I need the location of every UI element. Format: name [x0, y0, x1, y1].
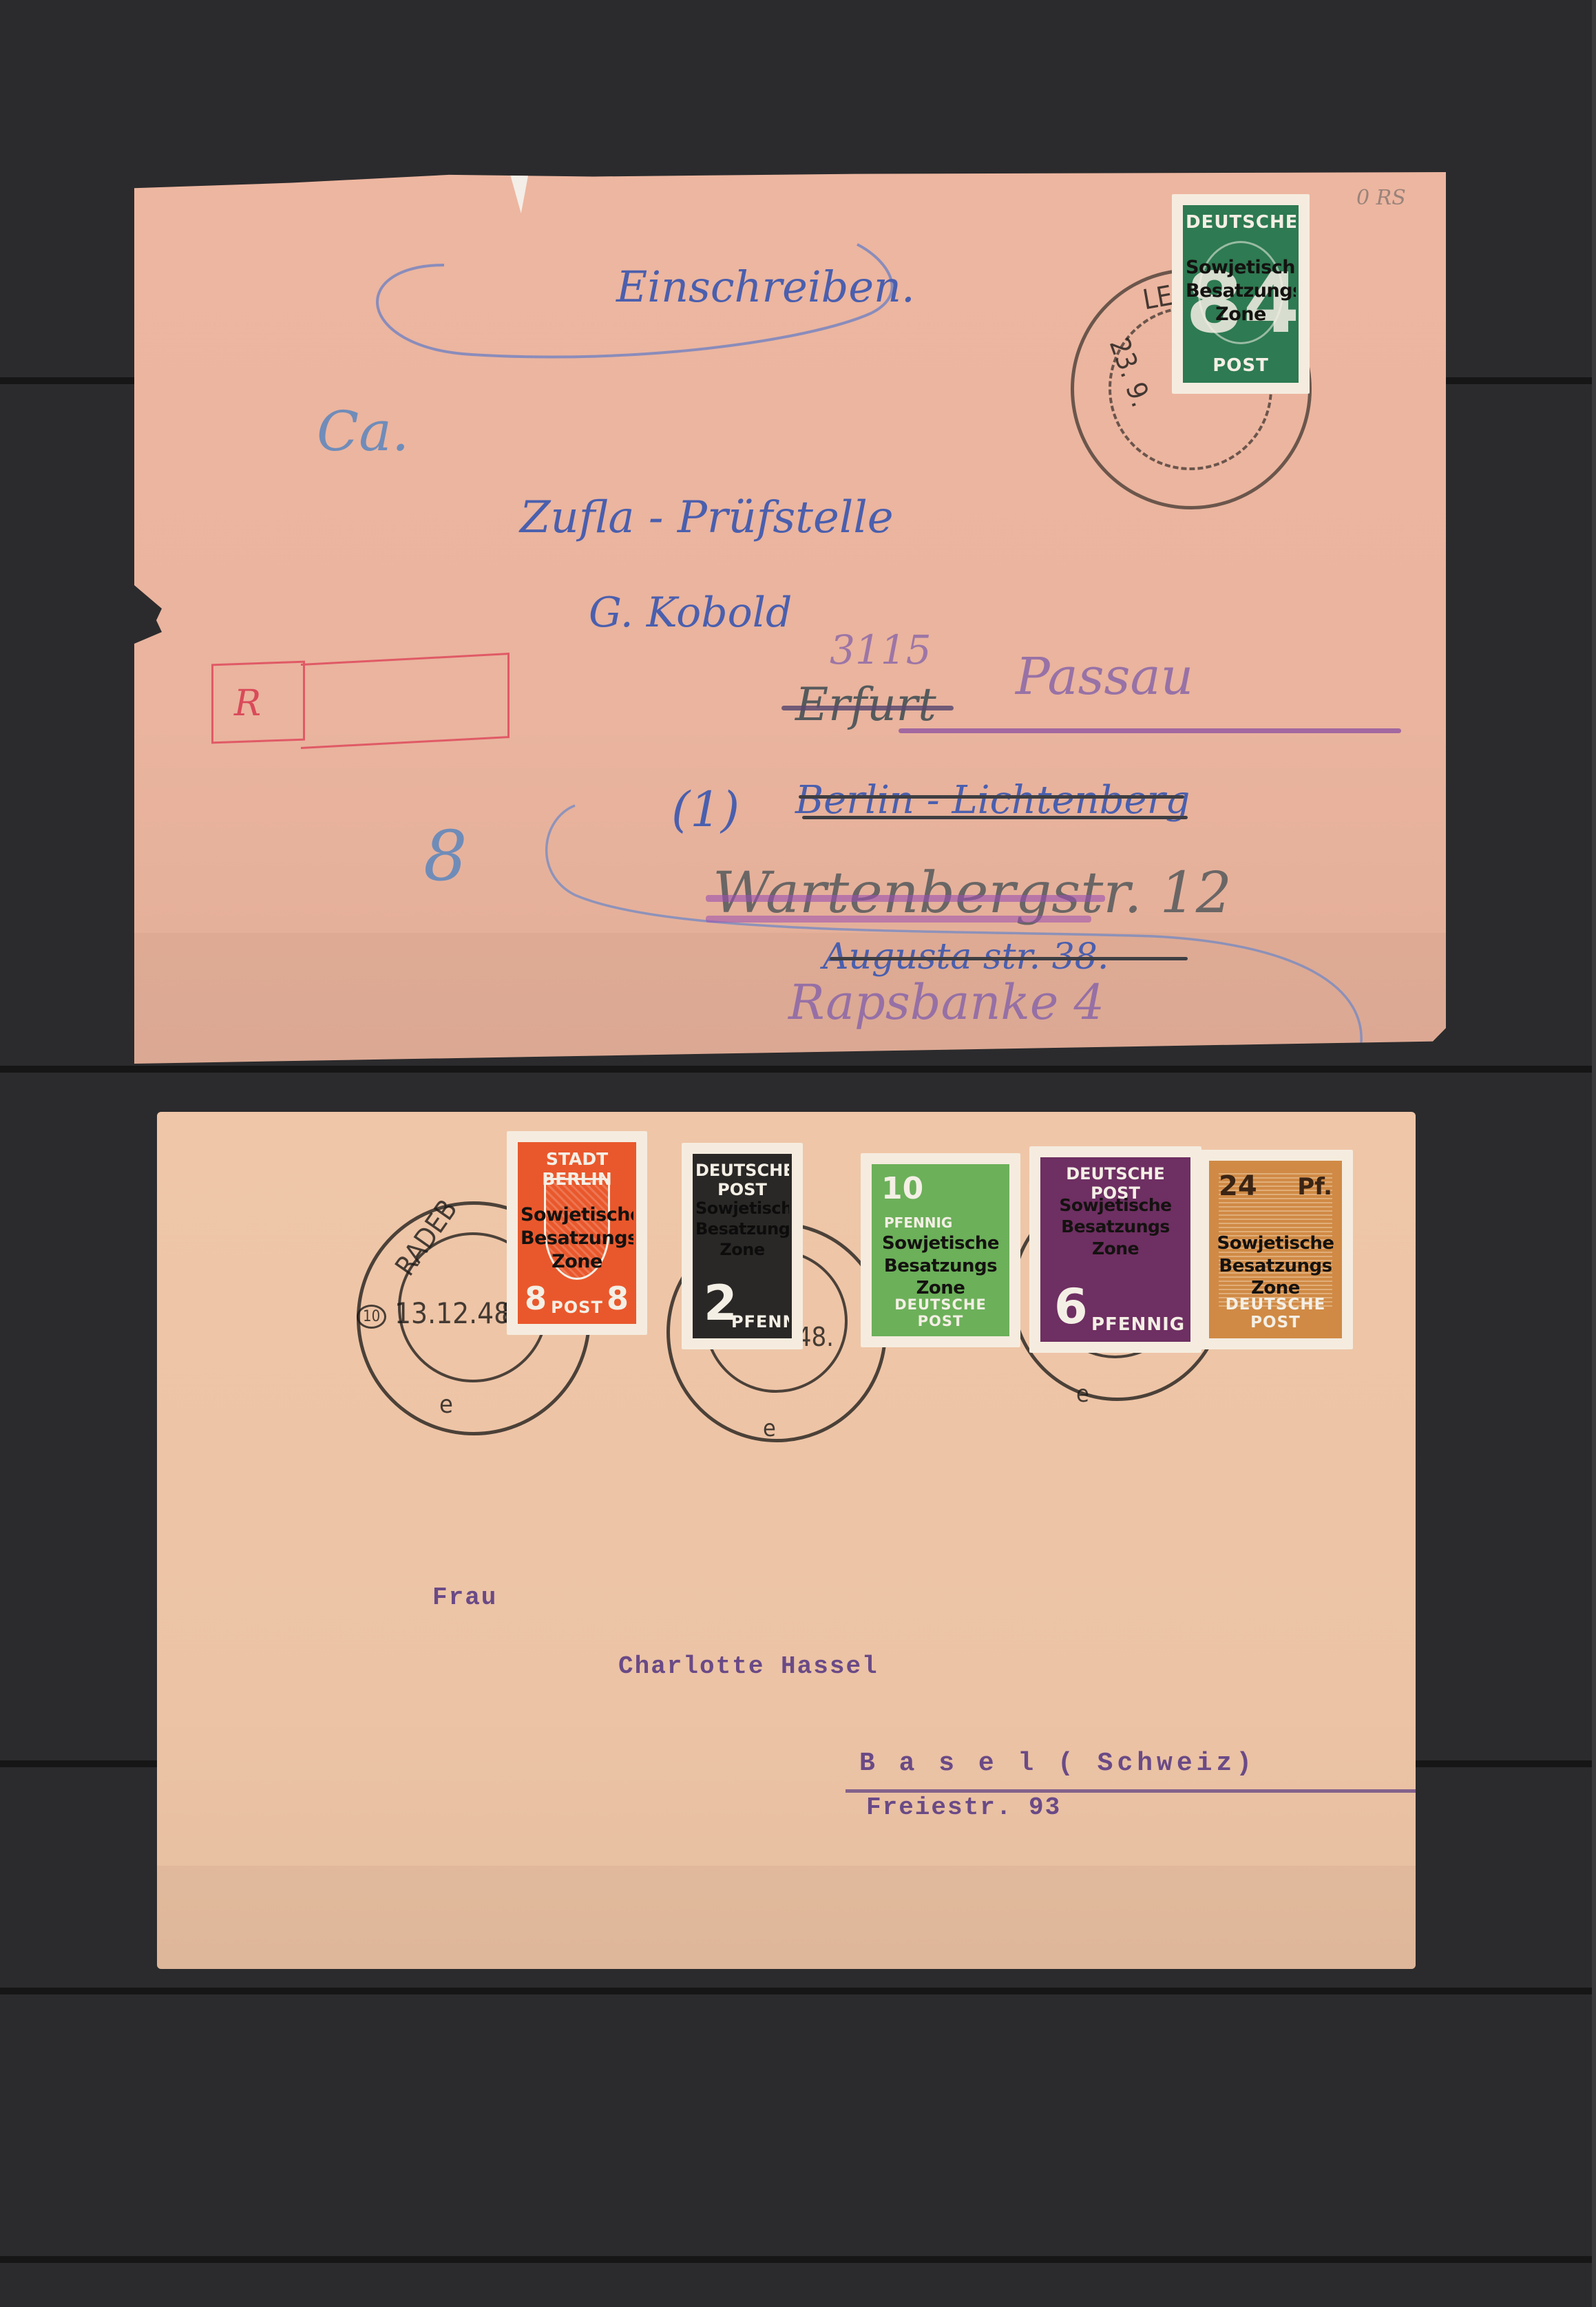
- stamp-value: 24: [1219, 1170, 1257, 1202]
- paper-tear: [134, 585, 162, 644]
- registration-box-label: R: [234, 683, 261, 724]
- address-underline: [846, 1789, 1416, 1793]
- stamp-overprint: Sowjetische Besatzungs Zone: [695, 1198, 789, 1260]
- paper-notch: [510, 172, 529, 213]
- stamp-overprint: Sowjetische Besatzungs Zone: [521, 1203, 633, 1273]
- reference-number: 3115: [830, 626, 932, 673]
- stamp-footer: DEUTSCHE POST: [874, 1296, 1007, 1329]
- stamp-overprint: Sowjetische Besatzungs Zone: [1043, 1194, 1188, 1259]
- handwritten-number-8: 8: [423, 816, 468, 896]
- stamp-footer: DEUTSCHE POST: [1212, 1296, 1339, 1331]
- stamp-header: DEUTSCHE POST: [695, 1157, 789, 1199]
- postmark-suffix: e: [763, 1415, 776, 1442]
- album-strip-line: [0, 1066, 1596, 1073]
- postmark-suffix: e: [1076, 1380, 1089, 1408]
- stamp-overprint: Sowjetische Besatzungs Zone: [874, 1232, 1007, 1300]
- address-city: B a s e l ( Schweiz): [859, 1749, 1256, 1778]
- album-strip-line: [0, 2256, 1596, 2263]
- street-new: Rapsbanke 4: [788, 974, 1104, 1031]
- stamp-10-pfennig: 10 PFENNIG Sowjetische Besatzungs Zone D…: [861, 1153, 1020, 1347]
- city-new: Passau: [1016, 647, 1193, 706]
- stamp-footer: PFENNIG: [1091, 1314, 1188, 1335]
- stamp-overprint: Sowjetische Besatzungs Zone: [1186, 256, 1296, 326]
- address-name: Charlotte Hassel: [618, 1652, 879, 1681]
- stamp-footer: POST: [1186, 355, 1296, 376]
- postmark-suffix: e: [439, 1391, 453, 1419]
- stamp-overprint: Sowjetische Besatzungs Zone: [1212, 1232, 1339, 1300]
- stamp-footer: 8 POST 8: [521, 1280, 633, 1317]
- strike-line: [706, 895, 1105, 902]
- pencil-top-note: 0 RS: [1356, 186, 1406, 210]
- address-line-1: Zufla - Prüfstelle: [520, 492, 894, 543]
- handwritten-ca: Ca.: [317, 399, 409, 463]
- stamp-value: 6: [1054, 1278, 1088, 1335]
- address-salutation: Frau: [432, 1583, 497, 1612]
- stamp-2-pfennig: DEUTSCHE POST Sowjetische Besatzungs Zon…: [682, 1143, 803, 1349]
- stamp-84-pfennig-soviet-zone: DEUTSCHE 84 Sowjetische Besatzungs Zone …: [1172, 194, 1310, 394]
- strike-line: [781, 706, 954, 710]
- stamp-header: DEUTSCHE: [1186, 208, 1296, 233]
- strike-line: [706, 916, 1091, 923]
- postmark-city: LE: [1140, 280, 1175, 317]
- stamp-value: 10: [881, 1171, 923, 1206]
- album-strip-line: [0, 1988, 1596, 1994]
- stamp-6-pfennig: DEUTSCHE POST Sowjetische Besatzungs Zon…: [1029, 1146, 1201, 1353]
- address-street: Freiestr. 93: [866, 1793, 1061, 1822]
- stamp-side-text: PFENNIG: [884, 1215, 898, 1230]
- stamp-unit: Pf.: [1297, 1173, 1332, 1201]
- mount-overlap: [157, 1866, 1416, 1969]
- stamp-24-pfennig: 24 Pf. Sowjetische Besatzungs Zone DEUTS…: [1198, 1150, 1353, 1349]
- strike-line: [899, 728, 1401, 733]
- address-line-2: G. Kobold: [589, 589, 792, 637]
- city-struck: Erfurt: [795, 678, 936, 731]
- stamp-8-stadt-berlin: STADT BERLIN Sowjetische Besatzungs Zone…: [507, 1131, 647, 1335]
- postmark-code: 10: [357, 1305, 386, 1329]
- postmark-date: 13.12.48.: [395, 1296, 518, 1330]
- strike-line: [830, 957, 1188, 960]
- registration-note: Einschreiben.: [616, 262, 915, 312]
- stamp-footer: PFENNIG: [731, 1312, 789, 1331]
- album-mount-edge: [1592, 0, 1596, 2307]
- registration-box-blank: [301, 653, 510, 749]
